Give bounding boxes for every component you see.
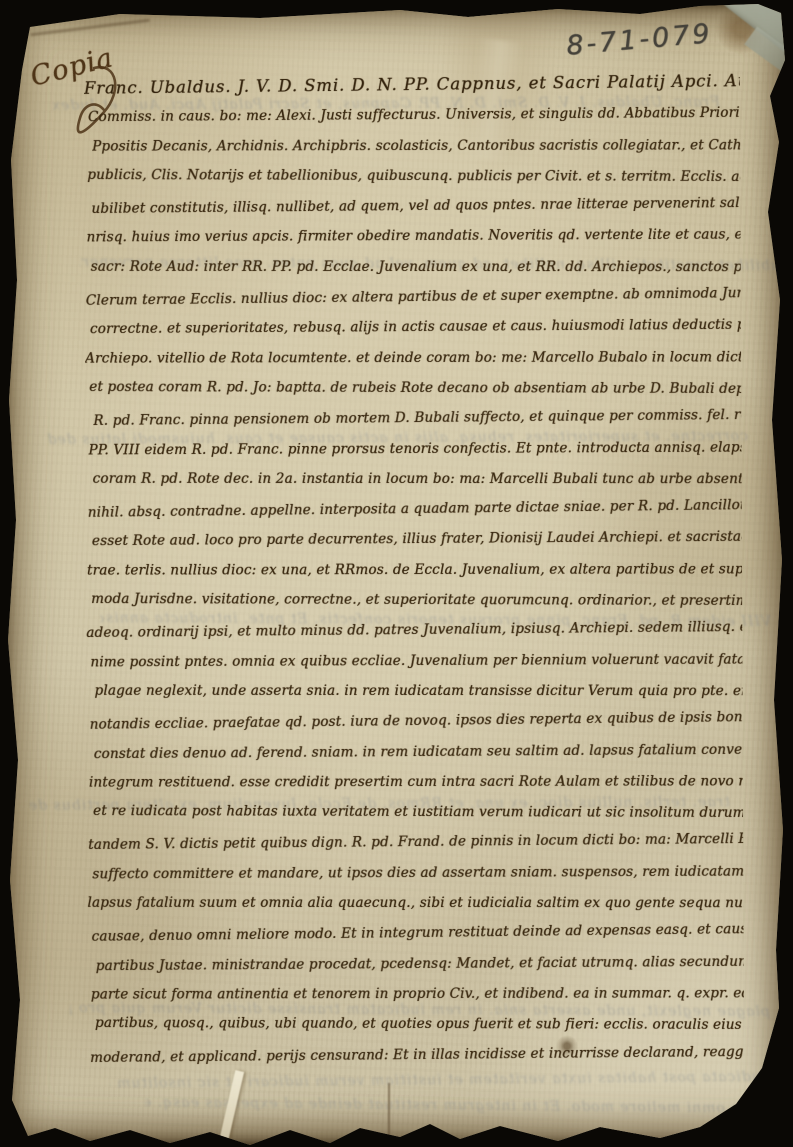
manuscript-line: Commiss. in caus. bo: me: Alexi. Justi s… [88, 98, 740, 133]
photograph-background: Franc. Ubaldus. J. V. D. Smi. D. N. PP. … [0, 0, 793, 1147]
manuscript-line: suffecto committere et mandare, ut ipsos… [92, 856, 743, 889]
manuscript-page: Franc. Ubaldus. J. V. D. Smi. D. N. PP. … [0, 0, 793, 1147]
manuscript-line: tandem S. V. dictis petit quibus dign. R… [88, 824, 743, 860]
manuscript-line: coram R. pd. Rote dec. in 2a. instantia … [93, 464, 742, 495]
manuscript-line: correctne. et superioritates, rebusq. al… [90, 310, 741, 345]
manuscript-line: partibus Justae. ministrandae procedat, … [96, 946, 744, 981]
manuscript-line: Archiepo. vitellio de Rota locumtente. e… [85, 342, 741, 374]
manuscript-line: nrisq. huius imo verius apcis. firmiter … [86, 220, 740, 253]
manuscript-line: plagae neglexit, unde asserta snia. in r… [95, 676, 743, 707]
manuscript-line: publicis, Clis. Notarijs et tabellionibu… [87, 160, 740, 192]
manuscript-line: ubilibet constitutis, illisq. nullibet, … [91, 188, 740, 224]
manuscript-line: partibus, quosq., quibus, ubi quando, et… [95, 1008, 744, 1040]
manuscript-line: et postea coram R. pd. Jo: baptta. de ru… [89, 372, 741, 404]
manuscript-line: nime possint pntes. omnia ex quibus eccl… [90, 644, 742, 677]
manuscript-line: parte sicut forma antinentia et tenorem … [91, 978, 744, 1010]
manuscript-line: et re iudicata post habitas iuxta verita… [93, 796, 743, 828]
manuscript-line: sacr: Rote Aud: inter RR. PP. pd. Ecclae… [91, 252, 741, 283]
manuscript-line: R. pd. Franc. pinna pensionem ob mortem … [93, 400, 741, 436]
bottom-fold-crease [388, 1083, 390, 1141]
manuscript-line: PP. VIII eidem R. pd. Franc. pinne prors… [88, 432, 741, 465]
manuscript-line: constat dies denuo ad. ferend. sniam. in… [94, 734, 743, 769]
manuscript-line: Ppositis Decanis, Archidnis. Archipbris.… [92, 130, 740, 162]
manuscript-line: moderand, et applicand. perijs censurand… [90, 1036, 744, 1072]
verso-showthrough-line: causae, denuo omni meliore modo. Et in i… [145, 1094, 793, 1117]
manuscript-line: integrum restituend. esse credidit prese… [89, 766, 743, 798]
manuscript-text: Franc. Ubaldus. J. V. D. Smi. D. N. PP. … [88, 69, 744, 1072]
manuscript-line: lapsus fatalium suum et omnia alia quaec… [87, 888, 743, 919]
archival-number: 8-71-079 [565, 13, 767, 61]
top-fold-crease [30, 19, 149, 37]
manuscript-line: moda Jurisdne. visitatione, correctne., … [91, 584, 742, 616]
manuscript-line: trae. terlis. nullius dioc: ex una, et R… [87, 554, 742, 586]
manuscript-line: esset Rote aud. loco pro parte decurrent… [92, 522, 742, 557]
manuscript-line: adeoq. ordinarij ipsi, et multo minus dd… [86, 612, 742, 648]
paper-tear [217, 1070, 244, 1147]
